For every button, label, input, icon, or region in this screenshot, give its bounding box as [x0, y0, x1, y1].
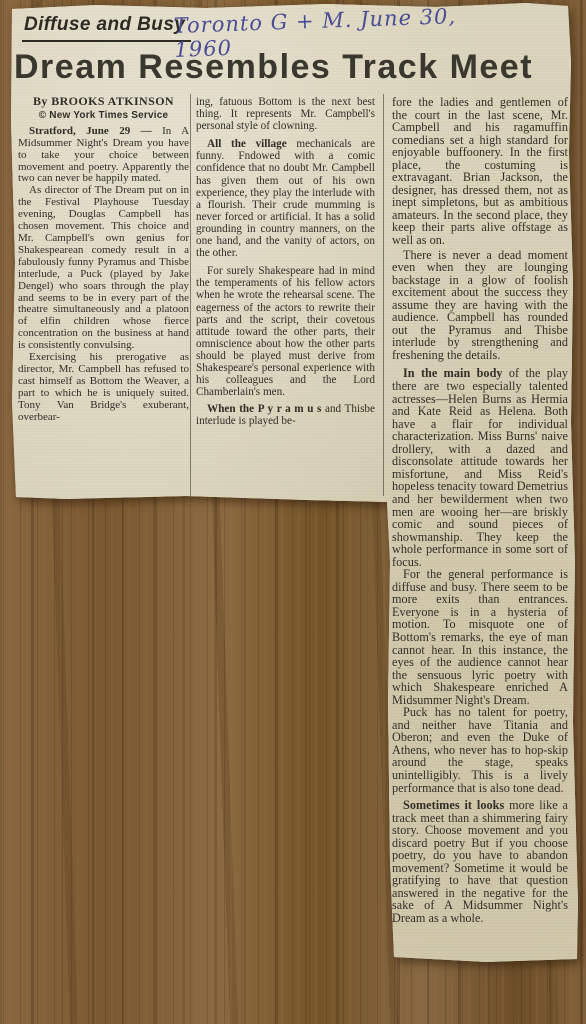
- photo-of-newspaper-clipping: Diffuse and Busy Toronto G + M. June 30,…: [0, 0, 586, 1024]
- paragraph-text: more like a track meet than a shimmering…: [392, 798, 568, 925]
- paragraph-text: mechanicals are funny. Fndowed with a co…: [196, 138, 375, 259]
- paragraph-text: As director of The Dream put on in the F…: [18, 184, 189, 351]
- article-paragraph: Sometimes it looks more like a track mee…: [392, 799, 568, 924]
- article-paragraph: When the P y r a m u s and Thisbe interl…: [196, 403, 375, 427]
- byline: By BROOKS ATKINSON: [18, 96, 189, 108]
- newspaper-clipping: Diffuse and Busy Toronto G + M. June 30,…: [6, 2, 580, 963]
- article-paragraph: All the village mechanicals are funny. F…: [196, 138, 375, 259]
- paragraph-text: fore the ladies and gentlemen of the cou…: [392, 96, 568, 247]
- paragraph-lead: When the P y r a m u s: [207, 403, 321, 415]
- article-paragraph: Stratford, June 29 — In A Midsummer Nigh…: [18, 126, 189, 186]
- paragraph-text: There is never a dead moment even when t…: [392, 248, 568, 362]
- article-paragraph: fore the ladies and gentlemen of the cou…: [392, 96, 568, 247]
- article-paragraph: For the general performance is diffuse a…: [392, 568, 568, 706]
- kicker-label: Diffuse and Busy: [22, 14, 191, 42]
- article-paragraph: Puck has no talent for poetry, and neith…: [392, 706, 568, 794]
- dateline: Stratford, June 29 —: [29, 125, 152, 137]
- kicker-text: Diffuse and Busy: [24, 14, 185, 35]
- paragraph-text: For surely Shakespeare had in mind the t…: [196, 265, 375, 398]
- article-paragraph: For surely Shakespeare had in mind the t…: [196, 265, 375, 398]
- paragraph-text: Puck has no talent for poetry, and neith…: [392, 705, 568, 794]
- paragraph-lead: All the village: [207, 138, 287, 150]
- article-paragraph: In the main body of the play there are t…: [392, 367, 568, 568]
- article-paragraph: As director of The Dream put on in the F…: [18, 185, 189, 352]
- article-paragraph: There is never a dead moment even when t…: [392, 249, 568, 362]
- article-paragraph: Exercising his prerogative as director, …: [18, 352, 189, 423]
- news-service-credit: © New York Times Service: [18, 110, 189, 122]
- column-rule: [190, 94, 191, 496]
- paragraph-text: For the general performance is diffuse a…: [392, 567, 568, 706]
- paragraph-text: Exercising his prerogative as director, …: [18, 351, 189, 423]
- headline: Dream Resembles Track Meet: [14, 48, 570, 87]
- article-column-3: fore the ladies and gentlemen of the cou…: [392, 96, 568, 956]
- column-rule: [383, 94, 384, 496]
- article-column-1: By BROOKS ATKINSON © New York Times Serv…: [18, 96, 189, 498]
- paragraph-text: of the play there are two especially tal…: [392, 366, 568, 568]
- paragraph-text: ing, fatuous Bottom is the next best thi…: [196, 96, 375, 132]
- article-column-2: ing, fatuous Bottom is the next best thi…: [196, 96, 375, 500]
- article-paragraph: ing, fatuous Bottom is the next best thi…: [196, 96, 375, 132]
- clipping-shadow-wrap: Diffuse and Busy Toronto G + M. June 30,…: [0, 0, 586, 1024]
